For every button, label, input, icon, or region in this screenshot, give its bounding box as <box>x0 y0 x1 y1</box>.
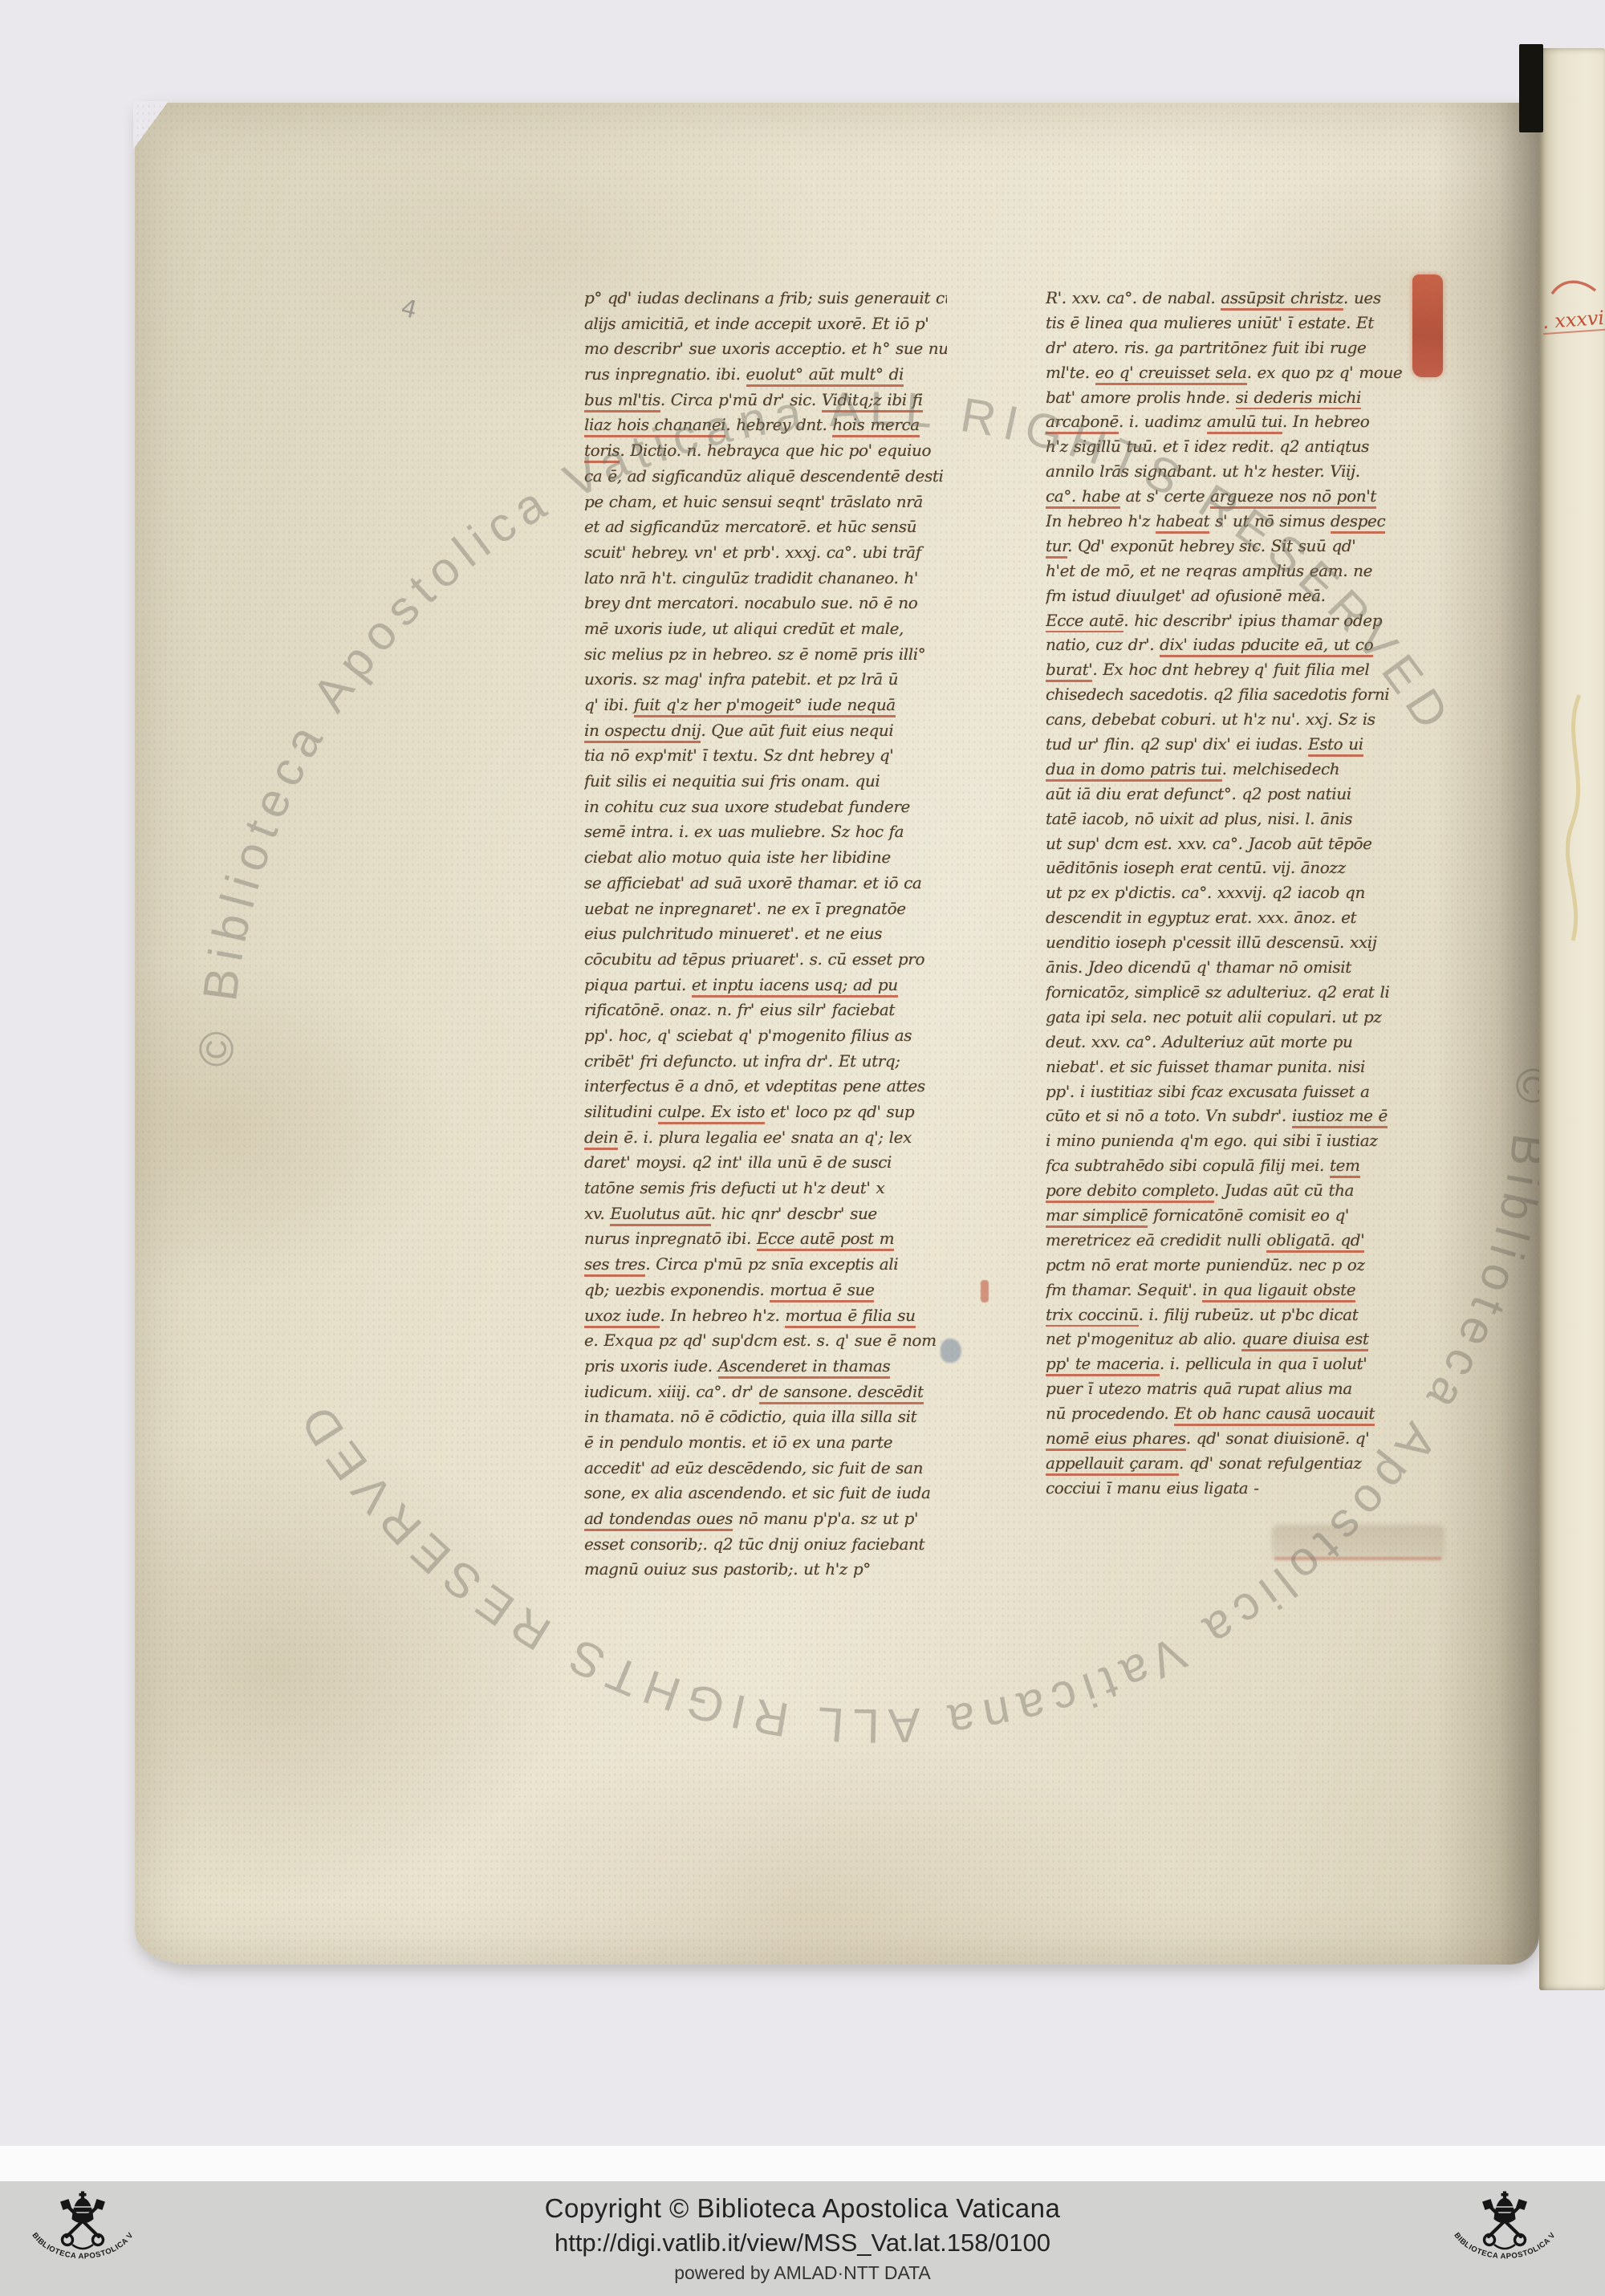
red-margin-tick <box>981 1280 989 1302</box>
footer-powered-by: powered by AMLAD·NTT DATA <box>674 2262 931 2284</box>
manuscript-line: uenditio ioseph p'cessit illū descensū. … <box>1046 930 1447 955</box>
manuscript-line: annilo lrās signabant. ut h'z hester. Vi… <box>1046 459 1447 484</box>
manuscript-line: fm thamar. Sequit'. in qua ligauit obste <box>1046 1278 1447 1302</box>
blue-ink-blot <box>941 1339 961 1363</box>
manuscript-line: xv. Euolutus aūt. hic qnr' descbr' sue <box>584 1201 947 1227</box>
manuscript-line: R'. xxv. ca°. de nabal. assūpsit christz… <box>1046 286 1447 311</box>
manuscript-line: arcabonē. i. uadimz amulū tui. In hebreo <box>1046 409 1447 434</box>
manuscript-column-right: R'. xxv. ca°. de nabal. assūpsit christz… <box>1046 286 1447 1501</box>
footer-url: http://digi.vatlib.it/view/MSS_Vat.lat.1… <box>555 2229 1050 2257</box>
manuscript-line: fm istud diuulget' ad ofusionē meā. <box>1046 583 1447 608</box>
manuscript-line: esset consorib;. q2 tūc dnij oniuz facie… <box>584 1532 947 1558</box>
manuscript-line: bat' amore prolis hnde. si dederis michi <box>1046 385 1447 410</box>
manuscript-line: dr' atero. ris. ga partritōnez fuit ibi … <box>1046 335 1447 360</box>
manuscript-line: cocciui ī manu eius ligata - <box>1046 1476 1447 1501</box>
manuscript-page: p° qd' iudas declinans a frib; suis gene… <box>135 103 1539 1965</box>
folio-number-red: . xxxviij <box>1542 306 1605 335</box>
manuscript-line: mē uxoris iude, ut aliqui credūt et male… <box>584 616 947 642</box>
red-squiggle <box>1550 276 1599 300</box>
manuscript-line: cribēt' fri defuncto. ut infra dr'. Et u… <box>584 1049 947 1075</box>
manuscript-line: In hebreo h'z habeat s' ut nō simus desp… <box>1046 509 1447 534</box>
manuscript-line: pe cham, et huic sensui seqnt' trāslato … <box>584 490 947 515</box>
manuscript-line: ciebat alio motuo quia iste her libidine <box>584 845 947 871</box>
manuscript-line: fuit silis ei nequitia sui fris onam. qu… <box>584 769 947 794</box>
manuscript-line: toris. Dictio. n. hebrayca que hic po' e… <box>584 438 947 464</box>
manuscript-line: in thamata. nō ē cōdictio, quia illa sil… <box>584 1404 947 1430</box>
manuscript-line: tatē iacob, nō uixit ad plus, nisi. l. ā… <box>1046 807 1447 831</box>
manuscript-line: se afficiebat' ad suā uxorē thamar. et i… <box>584 871 947 896</box>
manuscript-line: tia nō exp'mit' ī textu. Sz dnt hebrey q… <box>584 743 947 769</box>
manuscript-line: pris uxoris iude. Ascenderet in thamas <box>584 1354 947 1380</box>
manuscript-line: in ospectu dnij. Que aūt fuit eius nequi <box>584 718 947 744</box>
manuscript-line: trix coccinū. i. filij rubeūz. ut p'bc d… <box>1046 1302 1447 1327</box>
manuscript-line: semē intra. i. ex uas muliebre. Sz hoc f… <box>584 819 947 845</box>
manuscript-line: ses tres. Circa p'mū pz snīa exceptis al… <box>584 1252 947 1278</box>
photo-border-strip <box>0 2146 1605 2181</box>
manuscript-line: ml'te. eo q' creuisset sela. ex quo pz q… <box>1046 360 1447 385</box>
manuscript-line: ad tondendas oues nō manu p'p'a. sz ut p… <box>584 1506 947 1532</box>
manuscript-line: tud ur' flin. q2 sup' dix' ei iudas. Est… <box>1046 732 1447 757</box>
manuscript-line: natio, cuz dr'. dix' iudas pducite eā, u… <box>1046 632 1447 657</box>
manuscript-line: pctm nō erat morte puniendūz. nec p oz <box>1046 1253 1447 1278</box>
manuscript-line: nomē eius phares. qd' sonat diuisionē. q… <box>1046 1426 1447 1451</box>
manuscript-line: iudicum. xiiij. ca°. dr' de sansone. des… <box>584 1380 947 1405</box>
manuscript-line: liaz hois chananei. hebrey dnt. hois mer… <box>584 412 947 438</box>
manuscript-line: cans, debebat coburi. ut h'z nu'. xxj. S… <box>1046 707 1447 732</box>
manuscript-line: interfectus ē a dnō, et vdeptitas pene a… <box>584 1074 947 1099</box>
erased-note-underline <box>1274 1557 1441 1560</box>
manuscript-line: h'z sigillū tuū. et ī idez redit. q2 ant… <box>1046 434 1447 459</box>
manuscript-line: uebat ne inpregnaret'. ne ex ī pregnatōe <box>584 896 947 922</box>
manuscript-line: mar simplicē fornicatōnē comisit eo q' <box>1046 1203 1447 1228</box>
manuscript-line: in cohitu cuz sua uxore studebat fundere <box>584 794 947 820</box>
manuscript-line: nurus inpregnatō ibi. Ecce autē post m <box>584 1226 947 1252</box>
manuscript-line: daret' moysi. q2 int' illa unū ē de susc… <box>584 1150 947 1176</box>
manuscript-line: uxoz iude. In hebreo h'z. mortua ē filia… <box>584 1303 947 1329</box>
clipped-corner <box>133 101 169 149</box>
footer-copyright: Copyright © Biblioteca Apostolica Vatica… <box>545 2193 1061 2224</box>
manuscript-line: ut sup' dcm est. xxv. ca°. Jacob aūt tēp… <box>1046 831 1447 856</box>
manuscript-line: nū procedendo. Et ob hanc causā uocauit <box>1046 1401 1447 1426</box>
manuscript-line: net p'mogenituz ab alio. quare diuisa es… <box>1046 1327 1447 1351</box>
manuscript-line: chisedech sacedotis. q2 filia sacedotis … <box>1046 682 1447 707</box>
manuscript-line: puer ī utezo matris quā rupat alius ma <box>1046 1376 1447 1401</box>
footer-text-block: Copyright © Biblioteca Apostolica Vatica… <box>545 2193 1061 2284</box>
manuscript-line: ānis. Jdeo dicendū q' thamar nō omisit <box>1046 955 1447 980</box>
manuscript-line: meretricez eā credidit nulli obligatā. q… <box>1046 1228 1447 1253</box>
yellow-flourish <box>1555 690 1595 947</box>
manuscript-line: niebat'. et sic fuisset thamar punita. n… <box>1046 1055 1447 1079</box>
manuscript-line: deut. xxv. ca°. Adulteriuz aūt morte pu <box>1046 1030 1447 1055</box>
manuscript-line: magnū ouiuz sus pastorib;. ut h'z p° <box>584 1557 947 1583</box>
manuscript-line: fornicatōz, simplicē sz adulteriuz. q2 e… <box>1046 980 1447 1005</box>
manuscript-line: e. Exqua pz qd' sup'dcm est. s. q' sue ē… <box>584 1328 947 1354</box>
manuscript-line: alijs amicitiā, et inde accepit uxorē. E… <box>584 311 947 337</box>
manuscript-line: q' ibi. fuit q'z her p'mogeit° iude nequ… <box>584 693 947 718</box>
manuscript-line: rificatōnē. onaz. n. fr' eius silr' faci… <box>584 998 947 1023</box>
gutter-shadow <box>1435 103 1539 1965</box>
manuscript-line: pp'. hoc, q' sciebat q' p'mogenito filiu… <box>584 1023 947 1049</box>
papal-emblem-icon <box>61 2192 105 2249</box>
vatican-library-logo-left: BIBLIOTECA APOSTOLICA VATICANA <box>22 2186 143 2292</box>
manuscript-line: cōcubitu ad tēpus priuaret'. s. cū esset… <box>584 947 947 973</box>
manuscript-line: lato nrā h't. cingulūz tradidit chananeo… <box>584 566 947 591</box>
next-page-edge: . xxxviij <box>1539 48 1605 1990</box>
manuscript-line: brey dnt mercatori. nocabulo sue. nō ē n… <box>584 591 947 616</box>
manuscript-line: pp' te maceria. i. pellicula in qua ī uo… <box>1046 1351 1447 1376</box>
manuscript-line: h'et de mō, et ne reqras amplius eam. ne <box>1046 559 1447 583</box>
manuscript-line: fca subtrahēdo sibi copulā filij mei. te… <box>1046 1153 1447 1178</box>
manuscript-line: eius pulchritudo minueret'. et ne eius <box>584 921 947 947</box>
manuscript-line: scuit' hebrey. vn' et prb'. xxxj. ca°. u… <box>584 540 947 566</box>
pencil-folio-mark: 4 <box>398 294 420 325</box>
manuscript-line: qb; uezbis exponendis. mortua ē sue <box>584 1278 947 1303</box>
manuscript-line: dua in domo patris tui. melchisedech <box>1046 757 1447 782</box>
manuscript-line: appellauit çaram. qd' sonat refulgentiaz <box>1046 1451 1447 1476</box>
manuscript-line: p° qd' iudas declinans a frib; suis gene… <box>584 286 947 311</box>
manuscript-line: silitudini culpe. Ex isto et' loco pz qd… <box>584 1099 947 1125</box>
manuscript-line: rus inpregnatio. ibi. euolut° aūt mult° … <box>584 362 947 388</box>
manuscript-line: pore debito completo. Judas aūt cū tha <box>1046 1178 1447 1203</box>
manuscript-line: tis ē linea qua mulieres uniūt' ī estate… <box>1046 311 1447 335</box>
footer-bar: Copyright © Biblioteca Apostolica Vatica… <box>0 2181 1605 2296</box>
manuscript-line: tur. Qd' exponūt hebrey sic. Sit suū qd' <box>1046 534 1447 559</box>
manuscript-line: piqua partui. et inptu iacens usq; ad pu <box>584 973 947 998</box>
manuscript-column-left: p° qd' iudas declinans a frib; suis gene… <box>584 286 947 1583</box>
manuscript-line: i mino punienda q'm ego. qui sibi ī iust… <box>1046 1128 1447 1153</box>
manuscript-line: uxoris. sz mag' infra patebit. et pz lrā… <box>584 667 947 693</box>
manuscript-line: burat'. Ex hoc dnt hebrey q' fuit filia … <box>1046 657 1447 682</box>
manuscript-line: tatōne semis fris defucti ut h'z deut' x <box>584 1176 947 1201</box>
erased-note-smudge <box>1272 1525 1444 1560</box>
manuscript-line: descendit in egyptuz erat. xxx. ānoz. et <box>1046 905 1447 930</box>
manuscript-line: sone, ex alia ascendendo. et sic fuit de… <box>584 1481 947 1506</box>
binding-strap <box>1519 44 1543 132</box>
manuscript-line: bus ml'tis. Circa p'mū dr' sic. Viditq;z… <box>584 388 947 413</box>
manuscript-line: ca ē, ad sigficandūz aliquē descendentē … <box>584 464 947 490</box>
manuscript-line: aūt iā diu erat defunct°. q2 post natiui <box>1046 782 1447 807</box>
manuscript-line: accedit' ad eūz descēdendo, sic fuit de … <box>584 1456 947 1481</box>
manuscript-line: ē in pendulo montis. et iō ex una parte <box>584 1430 947 1456</box>
manuscript-line: ca°. habe at s' certe argueze nos nō pon… <box>1046 484 1447 509</box>
papal-emblem-icon <box>1483 2192 1527 2249</box>
manuscript-line: cūto et si nō a toto. Vn subdr'. iustioz… <box>1046 1103 1447 1128</box>
manuscript-line: gata ipi sela. nec potuit alii copulari.… <box>1046 1005 1447 1030</box>
vatican-library-logo-right: BIBLIOTECA APOSTOLICA VATICANA <box>1444 2186 1565 2292</box>
manuscript-line: mo describr' sue uxoris acceptio. et h° … <box>584 336 947 362</box>
manuscript-line: pp'. i iustitiaz sibi fcaz excusata fuis… <box>1046 1079 1447 1104</box>
manuscript-line: uēditōnis ioseph erat centū. vij. ānozz <box>1046 855 1447 880</box>
manuscript-line: Ecce autē. hic describr' ipius thamar od… <box>1046 608 1447 633</box>
manuscript-line: ut pz ex p'dictis. ca°. xxxvij. q2 iacob… <box>1046 880 1447 905</box>
manuscript-line: sic melius pz in hebreo. sz ē nomē pris … <box>584 642 947 668</box>
manuscript-line: et ad sigficandūz mercatorē. et hūc sens… <box>584 514 947 540</box>
manuscript-line: dein ē. i. plura legalia ee' snata an q'… <box>584 1125 947 1151</box>
digitized-manuscript-viewer: { "manuscript": { "pencil_mark": "4", "r… <box>0 0 1605 2296</box>
